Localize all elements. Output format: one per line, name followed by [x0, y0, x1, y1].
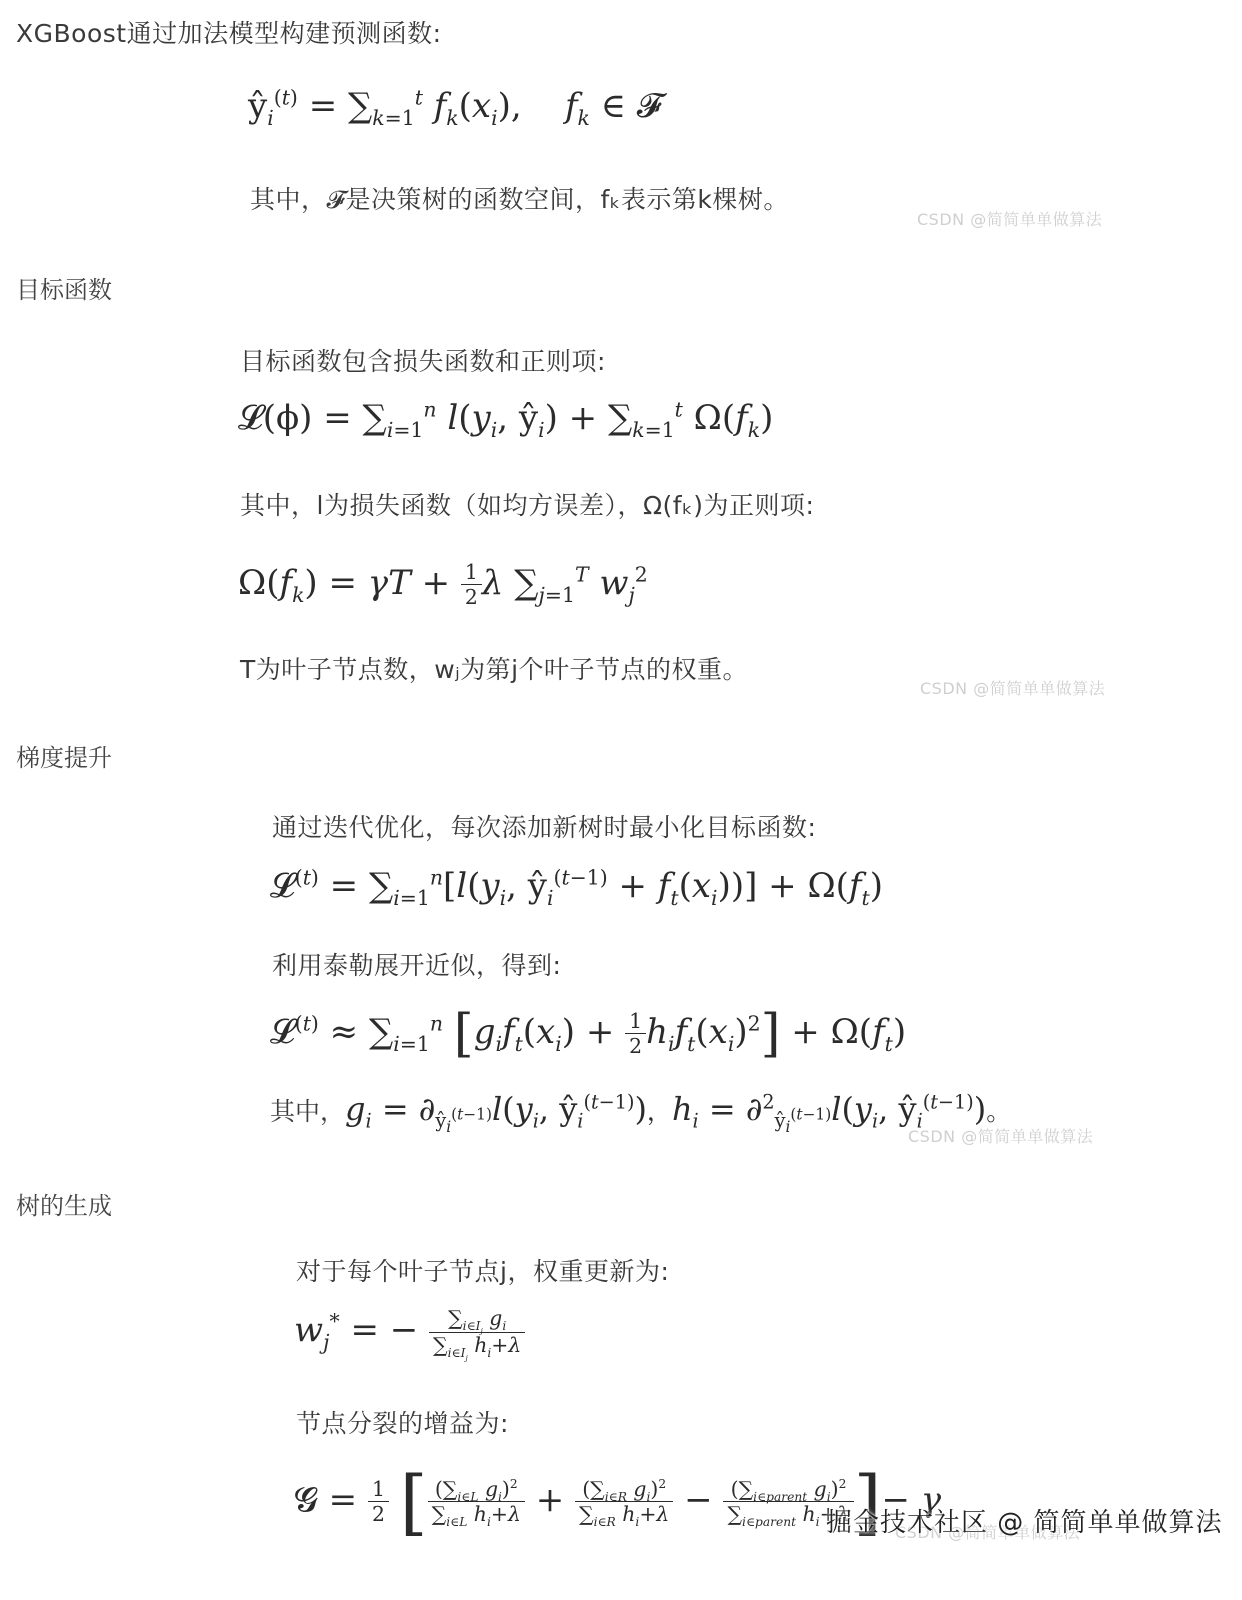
- prediction-formula: ŷi(t) = ∑k=1t fk(xi), fk ∈ 𝓕: [248, 86, 662, 126]
- objective-intro: 目标函数包含损失函数和正则项:: [240, 342, 606, 378]
- csdn-watermark: CSDN @简简单单做算法: [920, 676, 1105, 699]
- split-gain-intro: 节点分裂的增益为:: [296, 1404, 509, 1440]
- csdn-watermark: CSDN @简简单单做算法: [917, 207, 1102, 230]
- iteration-objective-formula: 𝓛(t) = ∑i=1n[l(yi, ŷi(t−1) + ft(xi))] + …: [270, 866, 883, 906]
- section-heading-gradient-boosting: 梯度提升: [16, 738, 112, 773]
- leaf-weight-formula: wj* = − ∑i∈Ij gi∑i∈Ij hi+λ: [294, 1306, 525, 1358]
- section-heading-objective: 目标函数: [16, 270, 112, 305]
- objective-note: 其中，l为损失函数（如均方误差），Ω(fₖ)为正则项:: [240, 486, 814, 522]
- leaf-weight-intro: 对于每个叶子节点j，权重更新为:: [296, 1252, 669, 1288]
- taylor-approx-formula: 𝓛(t) ≈ ∑i=1n [gift(xi) + 12hift(xi)2] + …: [270, 1004, 906, 1063]
- gradient-intro: 通过迭代优化，每次添加新树时最小化目标函数:: [272, 808, 816, 844]
- objective-formula: 𝓛(ϕ) = ∑i=1n l(yi, ŷi) + ∑k=1t Ω(fk): [238, 398, 773, 438]
- gradient-hessian-definition: 其中，gi = ∂ŷi(t−1)l(yi, ŷi(t−1))，hi = ∂2ŷi…: [270, 1090, 1011, 1128]
- regularization-formula: Ω(fk) = γT + 12λ ∑j=1T wj2: [238, 560, 648, 609]
- section-heading-tree-generation: 树的生成: [16, 1186, 112, 1221]
- taylor-note: 利用泰勒展开近似，得到:: [272, 946, 561, 982]
- intro-note: 其中，𝓕是决策树的函数空间，fₖ表示第k棵树。: [250, 180, 789, 216]
- intro-text: XGBoost通过加法模型构建预测函数:: [16, 14, 442, 50]
- regularization-note: T为叶子节点数，wⱼ为第j个叶子节点的权重。: [240, 650, 748, 686]
- csdn-watermark: CSDN @简简单单做算法: [908, 1124, 1093, 1147]
- juejin-watermark: 掘金技术社区 @ 简简单单做算法: [826, 1502, 1223, 1539]
